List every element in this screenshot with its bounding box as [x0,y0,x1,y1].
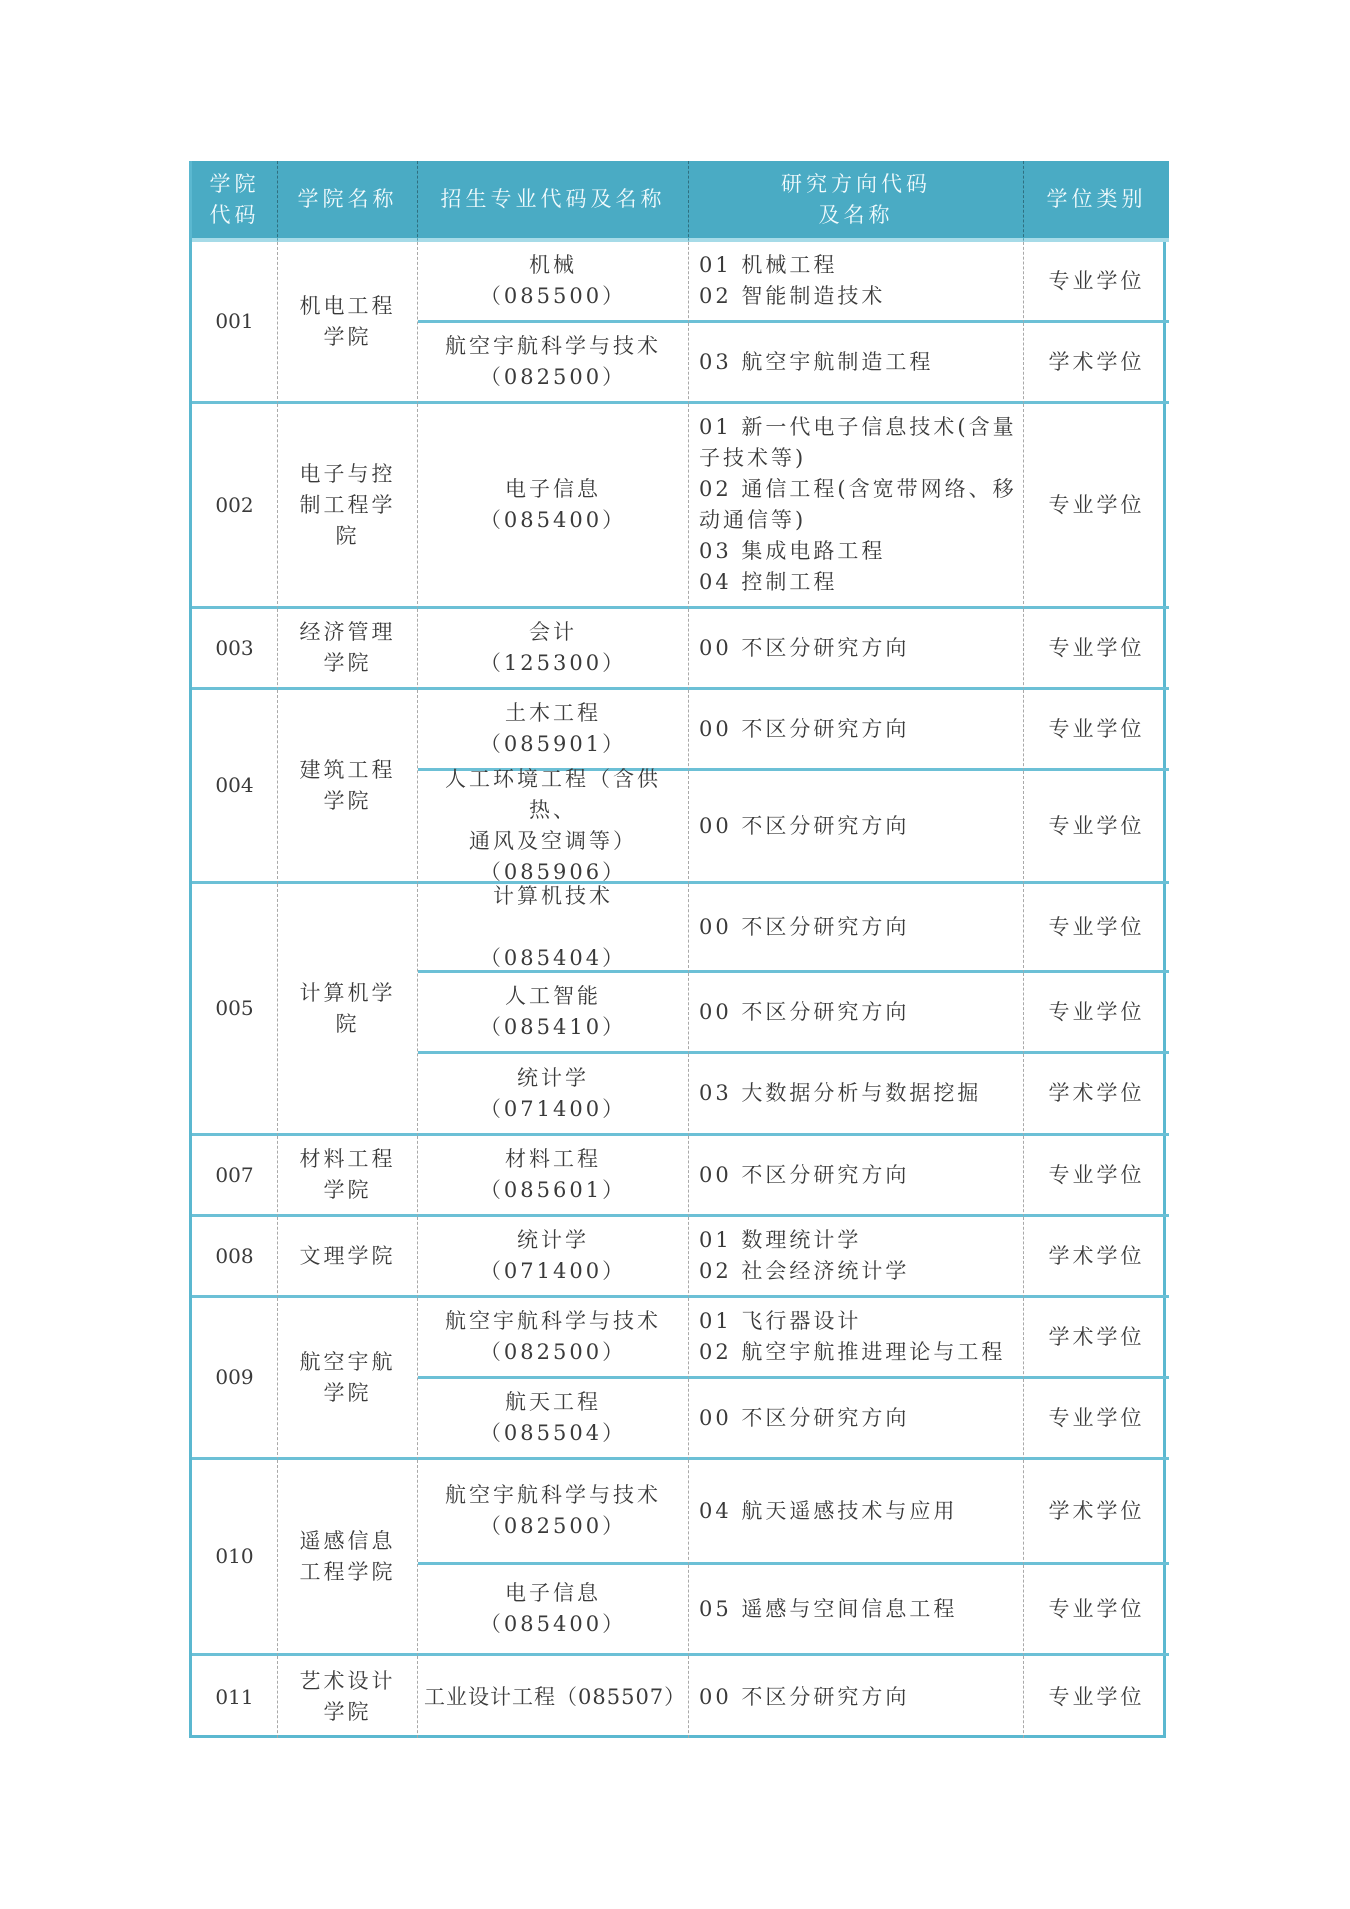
degree-cell: 学术学位 [1024,1217,1169,1298]
header-college-code: 学院 代码 [192,161,278,242]
college-code: 005 [192,884,278,1136]
major-cell: 人工智能 （085410） [418,973,689,1054]
degree-cell: 专业学位 [1024,1656,1169,1738]
header-degree-type: 学位类别 [1024,161,1169,242]
degree-cell: 专业学位 [1024,1565,1169,1656]
direction-cell: 00 不区分研究方向 [689,771,1024,884]
major-cell: 会计 （125300） [418,609,689,690]
enrollment-table: 学院 代码 学院名称 招生专业代码及名称 研究方向代码 及名称 学位类别 001… [189,161,1166,1738]
major-cell: 航空宇航科学与技术 （082500） [418,1298,689,1379]
major-cell: 航天工程 （085504） [418,1379,689,1460]
degree-cell: 专业学位 [1024,973,1169,1054]
college-name: 电子与控 制工程学 院 [278,404,418,609]
college-name: 计算机学 院 [278,884,418,1136]
major-cell: 材料工程 （085601） [418,1136,689,1217]
degree-cell: 专业学位 [1024,242,1169,323]
college-name: 遥感信息 工程学院 [278,1460,418,1656]
college-code: 009 [192,1298,278,1460]
college-code: 004 [192,690,278,884]
major-cell: 航空宇航科学与技术 （082500） [418,1460,689,1565]
direction-cell: 01 飞行器设计 02 航空宇航推进理论与工程 [689,1298,1024,1379]
direction-cell: 05 遥感与空间信息工程 [689,1565,1024,1656]
major-cell: 机械 （085500） [418,242,689,323]
direction-cell: 03 大数据分析与数据挖掘 [689,1054,1024,1136]
direction-cell: 04 航天遥感技术与应用 [689,1460,1024,1565]
college-code: 010 [192,1460,278,1656]
degree-cell: 学术学位 [1024,1054,1169,1136]
major-cell: 航空宇航科学与技术 （082500） [418,323,689,404]
degree-cell: 专业学位 [1024,884,1169,973]
degree-cell: 专业学位 [1024,609,1169,690]
degree-cell: 学术学位 [1024,1460,1169,1565]
direction-cell: 00 不区分研究方向 [689,1379,1024,1460]
direction-cell: 00 不区分研究方向 [689,1136,1024,1217]
degree-cell: 专业学位 [1024,404,1169,609]
college-name: 机电工程 学院 [278,242,418,404]
degree-cell: 学术学位 [1024,1298,1169,1379]
header-college-name: 学院名称 [278,161,418,242]
direction-cell: 00 不区分研究方向 [689,973,1024,1054]
college-code: 001 [192,242,278,404]
college-code: 007 [192,1136,278,1217]
college-code: 011 [192,1656,278,1738]
direction-cell: 00 不区分研究方向 [689,609,1024,690]
direction-cell: 01 数理统计学 02 社会经济统计学 [689,1217,1024,1298]
degree-cell: 专业学位 [1024,690,1169,771]
major-cell: 电子信息 （085400） [418,1565,689,1656]
college-name: 艺术设计 学院 [278,1656,418,1738]
college-name: 经济管理 学院 [278,609,418,690]
direction-cell: 01 新一代电子信息技术(含量 子技术等) 02 通信工程(含宽带网络、移 动通… [689,404,1024,609]
college-name: 航空宇航 学院 [278,1298,418,1460]
major-cell: 工业设计工程（085507） [418,1656,689,1738]
header-direction: 研究方向代码 及名称 [689,161,1024,242]
major-cell: 电子信息 （085400） [418,404,689,609]
direction-cell: 00 不区分研究方向 [689,1656,1024,1738]
degree-cell: 学术学位 [1024,323,1169,404]
direction-cell: 01 机械工程 02 智能制造技术 [689,242,1024,323]
major-cell: 统计学 （071400） [418,1217,689,1298]
college-name: 文理学院 [278,1217,418,1298]
college-name: 材料工程 学院 [278,1136,418,1217]
major-cell: 土木工程 （085901） [418,690,689,771]
major-cell: 统计学 （071400） [418,1054,689,1136]
degree-cell: 专业学位 [1024,1136,1169,1217]
direction-cell: 00 不区分研究方向 [689,690,1024,771]
college-code: 008 [192,1217,278,1298]
degree-cell: 专业学位 [1024,771,1169,884]
college-name: 建筑工程 学院 [278,690,418,884]
college-code: 002 [192,404,278,609]
header-major: 招生专业代码及名称 [418,161,689,242]
direction-cell: 03 航空宇航制造工程 [689,323,1024,404]
college-code: 003 [192,609,278,690]
degree-cell: 专业学位 [1024,1379,1169,1460]
major-cell: 人工环境工程（含供热、 通风及空调等） （085906） [418,771,689,884]
direction-cell: 00 不区分研究方向 [689,884,1024,973]
major-cell: 计算机技术 （085404） [418,884,689,973]
